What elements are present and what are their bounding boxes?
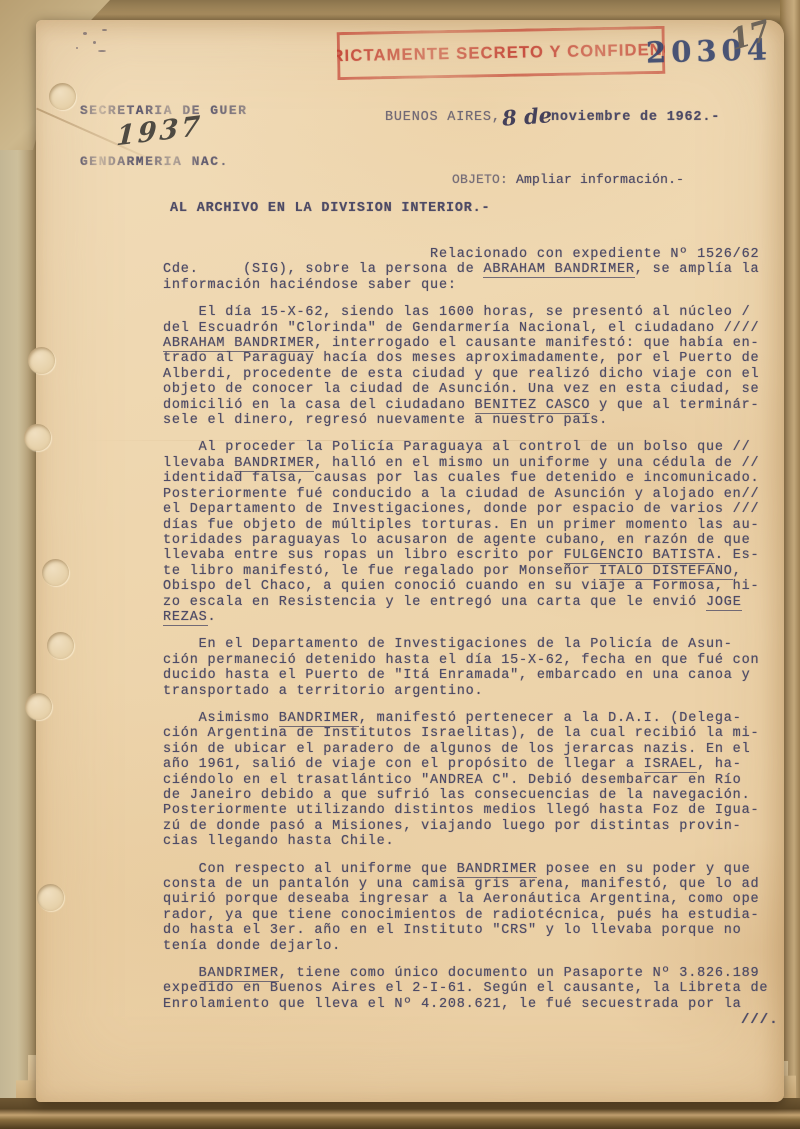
paragraph: Relacionado con expediente Nº 1526/62Cde… [163, 247, 783, 293]
typed-line: año 1961, salió de viaje con el propósit… [163, 757, 783, 772]
typed-line: expedido en Buenos Aires el 2-I-61. Segú… [163, 981, 783, 996]
subject-text: Ampliar información.- [516, 172, 684, 187]
typed-line: zú de donde pasó a Misiones, viajando lu… [163, 819, 783, 834]
punch-hole [42, 559, 69, 586]
continuation-mark: ///. [741, 1012, 779, 1028]
document-body: Relacionado con expediente Nº 1526/62Cde… [163, 247, 783, 1012]
paragraph: En el Departamento de Investigaciones de… [163, 637, 783, 699]
underlined-name: BANDRIMER [457, 862, 537, 878]
typed-line: días fue objeto de múltiples torturas. E… [163, 518, 783, 533]
typed-line: llevaba entre sus ropas un libro escrito… [163, 548, 783, 563]
typed-line: consta de un pantalón y una camisa gris … [163, 877, 783, 892]
punch-hole [37, 884, 64, 911]
typed-line: Posteriormente fué conducido a la ciudad… [163, 487, 783, 502]
typed-line: trado al Paraguay hacía dos meses aproxi… [163, 351, 783, 366]
typed-line: cias llegando hasta Chile. [163, 834, 783, 849]
typed-line: de Janeiro debido a que sufrió las conse… [163, 788, 783, 803]
subject-label: OBJETO: [452, 172, 508, 187]
typed-line: llevaba BANDRIMER, halló en el mismo un … [163, 456, 783, 471]
typed-line: objeto de conocer la ciudad de Asunción.… [163, 382, 783, 397]
underlined-name: ABRAHAM BANDRIMER [163, 336, 314, 352]
punch-hole [24, 424, 51, 451]
typed-line: información haciéndose saber que: [163, 278, 783, 293]
typed-line: del Escuadrón "Clorinda" de Gendarmería … [163, 321, 783, 336]
underlined-name: BANDRIMER [279, 711, 359, 727]
underlined-name: BENITEZ CASCO [475, 398, 591, 414]
typed-line: ciéndolo en el trasatlántico "ANDREA C".… [163, 773, 783, 788]
typed-line: Asimismo BANDRIMER, manifestó pertenecer… [163, 711, 783, 726]
paragraph: Al proceder la Policía Paraguaya al cont… [163, 440, 783, 625]
underlined-name: ISRAEL [644, 757, 697, 773]
ink-spatter [83, 32, 87, 35]
typed-line: Alberdi, procedente de esta ciudad y que… [163, 367, 783, 382]
handwritten-date-day: 8 de [502, 104, 552, 129]
typed-line: Con respecto al uniforme que BANDRIMER p… [163, 862, 783, 877]
typed-line: ABRAHAM BANDRIMER, interrogado el causan… [163, 336, 783, 351]
typed-line: toridades paraguayas lo acusaron de agen… [163, 533, 783, 548]
typed-line: sión de ubicar el paradero de algunos de… [163, 742, 783, 757]
typed-line: ción Argentina de Institutos Israelitas)… [163, 726, 783, 741]
dateline: BUENOS AIRES, 8 de noviembre de 1962.- [36, 106, 784, 132]
typed-line: sele el dinero, regresó nuevamente a nue… [163, 413, 783, 428]
punch-hole [25, 693, 52, 720]
typed-line: ducido hasta el Puerto de "Itá Enramada"… [163, 668, 783, 683]
typed-line: Cde. (SIG), sobre la persona de ABRAHAM … [163, 262, 783, 277]
subject-line: OBJETO: Ampliar información.- [420, 157, 684, 202]
typed-line: ción permaneció detenido hasta el día 15… [163, 653, 783, 668]
addressee-heading: AL ARCHIVO EN LA DIVISION INTERIOR.- [170, 201, 490, 216]
paragraph: Con respecto al uniforme que BANDRIMER p… [163, 862, 783, 954]
underlined-name: ABRAHAM BANDRIMER [483, 262, 634, 278]
underlined-name: BANDRIMER [199, 966, 279, 982]
underlined-name: JOGE [706, 595, 742, 611]
underlined-name: BANDRIMER [234, 456, 314, 472]
underlined-name: ITALO DISTEFANO [599, 564, 733, 580]
typed-line: domicilió en la casa del ciudadano BENIT… [163, 398, 783, 413]
typed-line: tenía donde dejarlo. [163, 939, 783, 954]
typed-line: transportado a territorio argentino. [163, 684, 783, 699]
typed-line: Obispo del Chaco, a quien conoció cuando… [163, 579, 783, 594]
ink-spatter [98, 50, 106, 52]
letterhead-line-2: GENDARMERIA NAC. [80, 153, 247, 170]
typed-line: Al proceder la Policía Paraguaya al cont… [163, 440, 783, 455]
typed-line: Posteriormente utilizando distintos medi… [163, 803, 783, 818]
dateline-typed-date: noviembre de 1962.- [551, 110, 720, 125]
typed-line: En el Departamento de Investigaciones de… [163, 637, 783, 652]
typed-line: REZAS. [163, 610, 783, 625]
punch-hole [47, 632, 74, 659]
dateline-place: BUENOS AIRES, [385, 110, 501, 125]
typed-line: Enrolamiento que lleva el Nº 4.208.621, … [163, 997, 783, 1012]
typed-line: do hasta el 3er. año en el Instituto "CR… [163, 923, 783, 938]
ink-spatter [76, 47, 78, 49]
underlined-name: FULGENCIO BATISTA [564, 548, 715, 564]
scanned-document-photo: { "document": { "stamps": { "classificat… [0, 0, 800, 1129]
ink-spatter [102, 29, 107, 31]
paper-stack-bottom-sheet-3 [0, 1098, 800, 1129]
typed-line: rador, ya que tiene conocimientos de rad… [163, 908, 783, 923]
letterhead: SECRETARIA DE GUER GENDARMERIA NAC. [80, 68, 247, 204]
paragraph: El día 15-X-62, siendo las 1600 horas, s… [163, 305, 783, 428]
typed-line: el Departamento de Investigaciones, dond… [163, 502, 783, 517]
typed-line: quirió porque deseaba ingresar a la Aero… [163, 892, 783, 907]
ink-spatter [93, 41, 96, 44]
classification-stamp-text: ESTRICTAMENTE SECRETO Y CONFIDENCIAL [296, 40, 707, 67]
typed-line: identidad falsa, causas por las cuales f… [163, 471, 783, 486]
typed-line: zo escala en Resistencia y le entregó un… [163, 595, 783, 610]
paragraph: BANDRIMER, tiene como único documento un… [163, 966, 783, 1012]
typed-line: El día 15-X-62, siendo las 1600 horas, s… [163, 305, 783, 320]
punch-hole [28, 347, 55, 374]
typed-line: BANDRIMER, tiene como único documento un… [163, 966, 783, 981]
classification-stamp: ESTRICTAMENTE SECRETO Y CONFIDENCIAL [337, 26, 666, 80]
paragraph: Asimismo BANDRIMER, manifestó pertenecer… [163, 711, 783, 850]
document-page: ESTRICTAMENTE SECRETO Y CONFIDENCIAL 203… [36, 20, 784, 1102]
underlined-name: REZAS [163, 610, 208, 626]
typed-line: Relacionado con expediente Nº 1526/62 [163, 247, 783, 262]
typed-line: te libro manifestó, le fue regalado por … [163, 564, 783, 579]
